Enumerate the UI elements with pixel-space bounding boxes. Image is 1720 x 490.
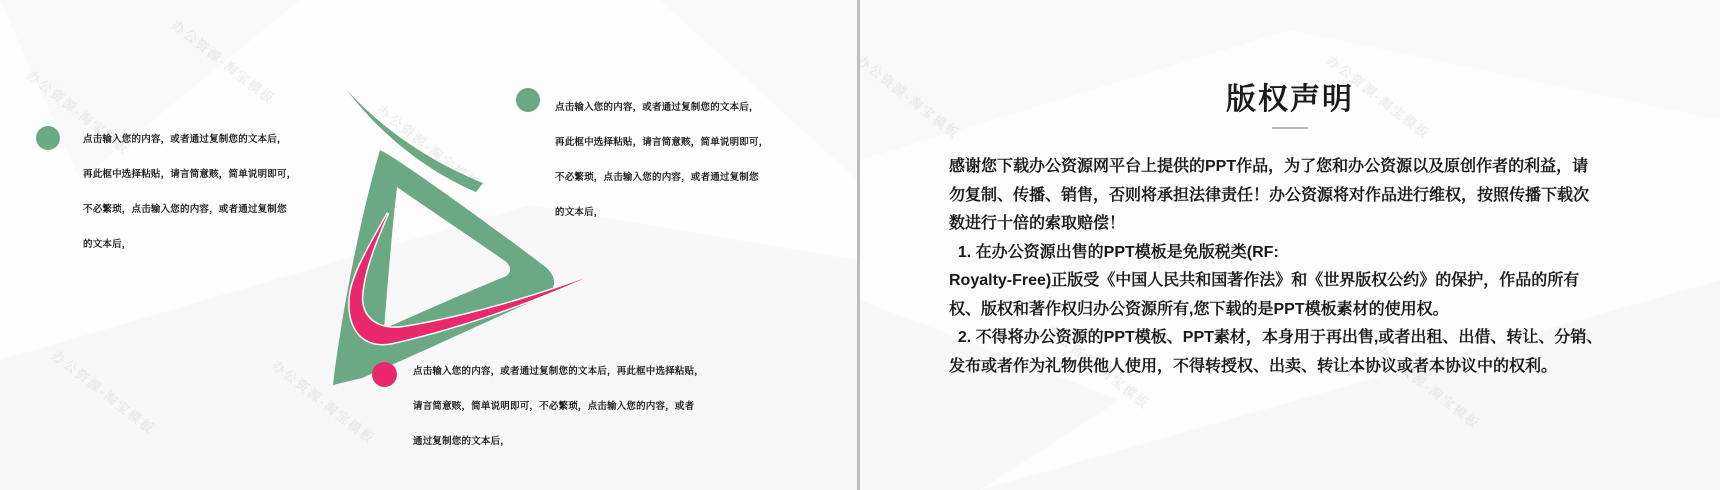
placeholder-text-line: 点击输入您的内容，或者通过复制您的文本后， bbox=[555, 90, 768, 125]
copyright-body: 感谢您下载办公资源网平台上提供的PPT作品，为了您和办公资源以及原创作者的利益，… bbox=[949, 153, 1629, 381]
placeholder-text-line: 点击输入您的内容，或者通过复制您的文本后， bbox=[83, 122, 296, 157]
placeholder-text-block: 点击输入您的内容，或者通过复制您的文本后，再此框中选择粘贴， 请言简意赅，简单说… bbox=[413, 354, 704, 459]
copyright-line: 勿复制、传播、销售，否则将承担法律责任！办公资源将对作品进行维权，按照传播下载次 bbox=[949, 182, 1629, 211]
placeholder-text-line: 再此框中选择粘贴，请言简意赅，简单说明即可， bbox=[83, 157, 296, 192]
placeholder-text-line: 通过复制您的文本后， bbox=[413, 424, 704, 459]
copyright-line: 感谢您下载办公资源网平台上提供的PPT作品，为了您和办公资源以及原创作者的利益，… bbox=[949, 153, 1629, 182]
slide-intro: 办公资源-淘宝模板 办公资源-淘宝模板 办公资源-淘宝模板 办公资源-淘宝模板 … bbox=[0, 0, 857, 490]
copyright-line: Royalty-Free)正版受《中国人民共和国著作法》和《世界版权公约》的保护… bbox=[949, 267, 1629, 296]
watermark: 办公资源-淘宝模板 bbox=[48, 345, 159, 438]
placeholder-text-line: 的文本后， bbox=[83, 227, 296, 262]
copyright-line: 1. 在办公资源出售的PPT模板是免版税类(RF: bbox=[949, 239, 1629, 268]
slide-title: 版权声明 bbox=[860, 74, 1720, 118]
watermark: 办公资源-淘宝模板 bbox=[168, 15, 279, 108]
copyright-line: 权、版权和著作权归办公资源所有,您下载的是PPT模板素材的使用权。 bbox=[949, 296, 1629, 325]
bullet-dot bbox=[516, 88, 540, 112]
copyright-line: 发布或者作为礼物供他人使用，不得转授权、出卖、转让本协议或者本协议中的权利。 bbox=[949, 353, 1629, 382]
copyright-line: 数进行十倍的索取赔偿！ bbox=[949, 210, 1629, 239]
slides-preview: 办公资源-淘宝模板 办公资源-淘宝模板 办公资源-淘宝模板 办公资源-淘宝模板 … bbox=[0, 0, 1720, 490]
title-divider bbox=[1272, 127, 1308, 129]
placeholder-text-block: 点击输入您的内容，或者通过复制您的文本后， 再此框中选择粘贴，请言简意赅，简单说… bbox=[555, 90, 768, 230]
slide-copyright: 办公资源-淘宝模板 办公资源-淘宝模板 办公资源-淘宝模板 办公资源-淘宝模板 … bbox=[860, 0, 1720, 490]
bullet-dot bbox=[36, 126, 60, 150]
placeholder-text-line: 的文本后， bbox=[555, 195, 768, 230]
placeholder-text-line: 请言简意赅，简单说明即可，不必繁琐，点击输入您的内容，或者 bbox=[413, 389, 704, 424]
placeholder-text-line: 点击输入您的内容，或者通过复制您的文本后，再此框中选择粘贴， bbox=[413, 354, 704, 389]
placeholder-text-block: 点击输入您的内容，或者通过复制您的文本后， 再此框中选择粘贴，请言简意赅，简单说… bbox=[83, 122, 296, 262]
placeholder-text-line: 再此框中选择粘贴，请言简意赅，简单说明即可， bbox=[555, 125, 768, 160]
placeholder-text-line: 不必繁琐，点击输入您的内容，或者通过复制您 bbox=[555, 160, 768, 195]
copyright-line: 2. 不得将办公资源的PPT模板、PPT素材，本身用于再出售,或者出租、出借、转… bbox=[949, 324, 1629, 353]
placeholder-text-line: 不必繁琐，点击输入您的内容，或者通过复制您 bbox=[83, 192, 296, 227]
bullet-dot bbox=[372, 362, 397, 387]
